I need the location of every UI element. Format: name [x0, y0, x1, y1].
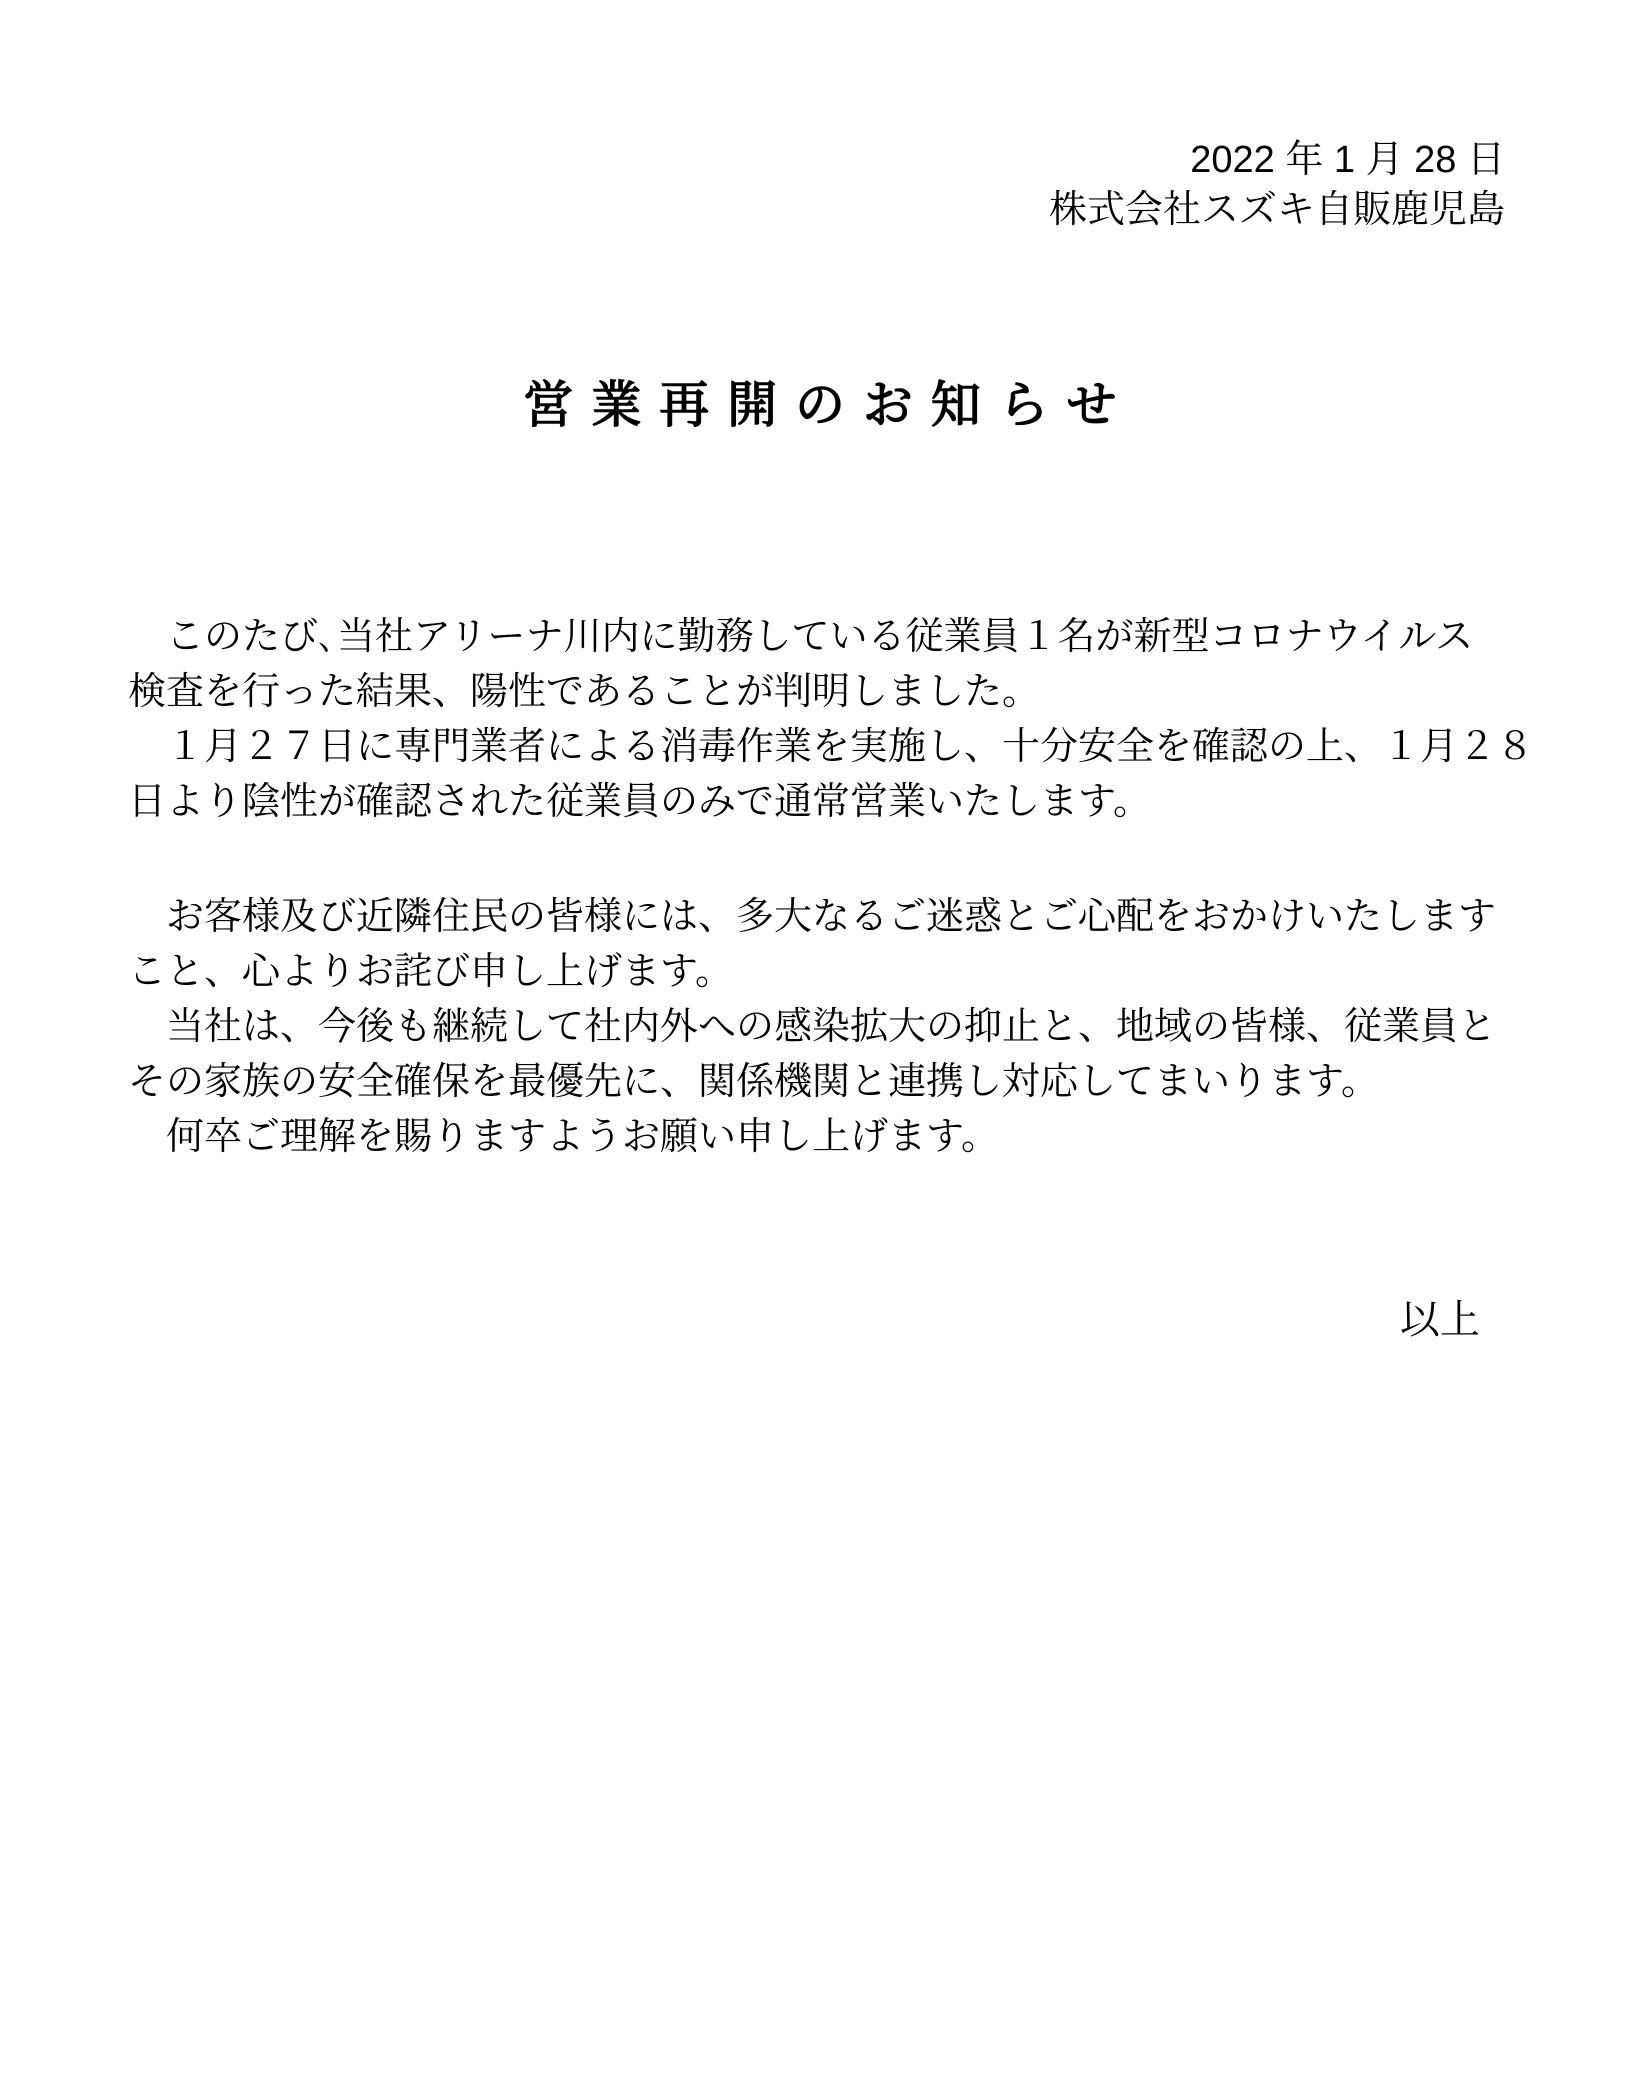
paragraph-apology: お客様及び近隣住民の皆様には、多大なるご迷惑とご心配をおかけいたします こと、心…	[128, 890, 1582, 1000]
body-line: １月２７日に専門業者による消毒作業を実施し、十分安全を確認の上、１月２８	[128, 720, 1582, 775]
notice-document: 2022 年 1 月 28 日 株式会社スズキ自販鹿児島 営 業 再 開 の お…	[0, 0, 1642, 2076]
document-title: 営 業 再 開 の お 知 ら せ	[0, 375, 1642, 435]
body-line: お客様及び近隣住民の皆様には、多大なるご迷惑とご心配をおかけいたします	[128, 890, 1582, 945]
body-line: 何卒ご理解を賜りますようお願い申し上げます。	[128, 1110, 1582, 1165]
paragraph-request: 何卒ご理解を賜りますようお願い申し上げます。	[128, 1110, 1582, 1165]
paragraph-covid-case: このたび､当社アリーナ川内に勤務している従業員１名が新型コロナウイルス 検査を行…	[128, 610, 1582, 720]
body-line: 日より陰性が確認された従業員のみで通常営業いたします。	[128, 775, 1582, 830]
body-line: 検査を行った結果、陽性であることが判明しました。	[128, 665, 1582, 720]
company-name: 株式会社スズキ自販鹿児島	[0, 185, 1505, 235]
body-line: こと、心よりお詫び申し上げます。	[128, 945, 1582, 1000]
document-header: 2022 年 1 月 28 日 株式会社スズキ自販鹿児島	[0, 135, 1642, 235]
closing-ijou: 以上	[0, 1295, 1642, 1345]
body-line: 当社は、今後も継続して社内外への感染拡大の抑止と、地域の皆様、従業員と	[128, 1000, 1582, 1055]
document-date: 2022 年 1 月 28 日	[0, 135, 1505, 185]
body-line: このたび､当社アリーナ川内に勤務している従業員１名が新型コロナウイルス	[128, 610, 1582, 665]
notice-body: このたび､当社アリーナ川内に勤務している従業員１名が新型コロナウイルス 検査を行…	[0, 610, 1642, 1165]
paragraph-commitment: 当社は、今後も継続して社内外への感染拡大の抑止と、地域の皆様、従業員と その家族…	[128, 1000, 1582, 1110]
body-line: その家族の安全確保を最優先に、関係機関と連携し対応してまいります。	[128, 1055, 1582, 1110]
paragraph-disinfection: １月２７日に専門業者による消毒作業を実施し、十分安全を確認の上、１月２８ 日より…	[128, 720, 1582, 830]
